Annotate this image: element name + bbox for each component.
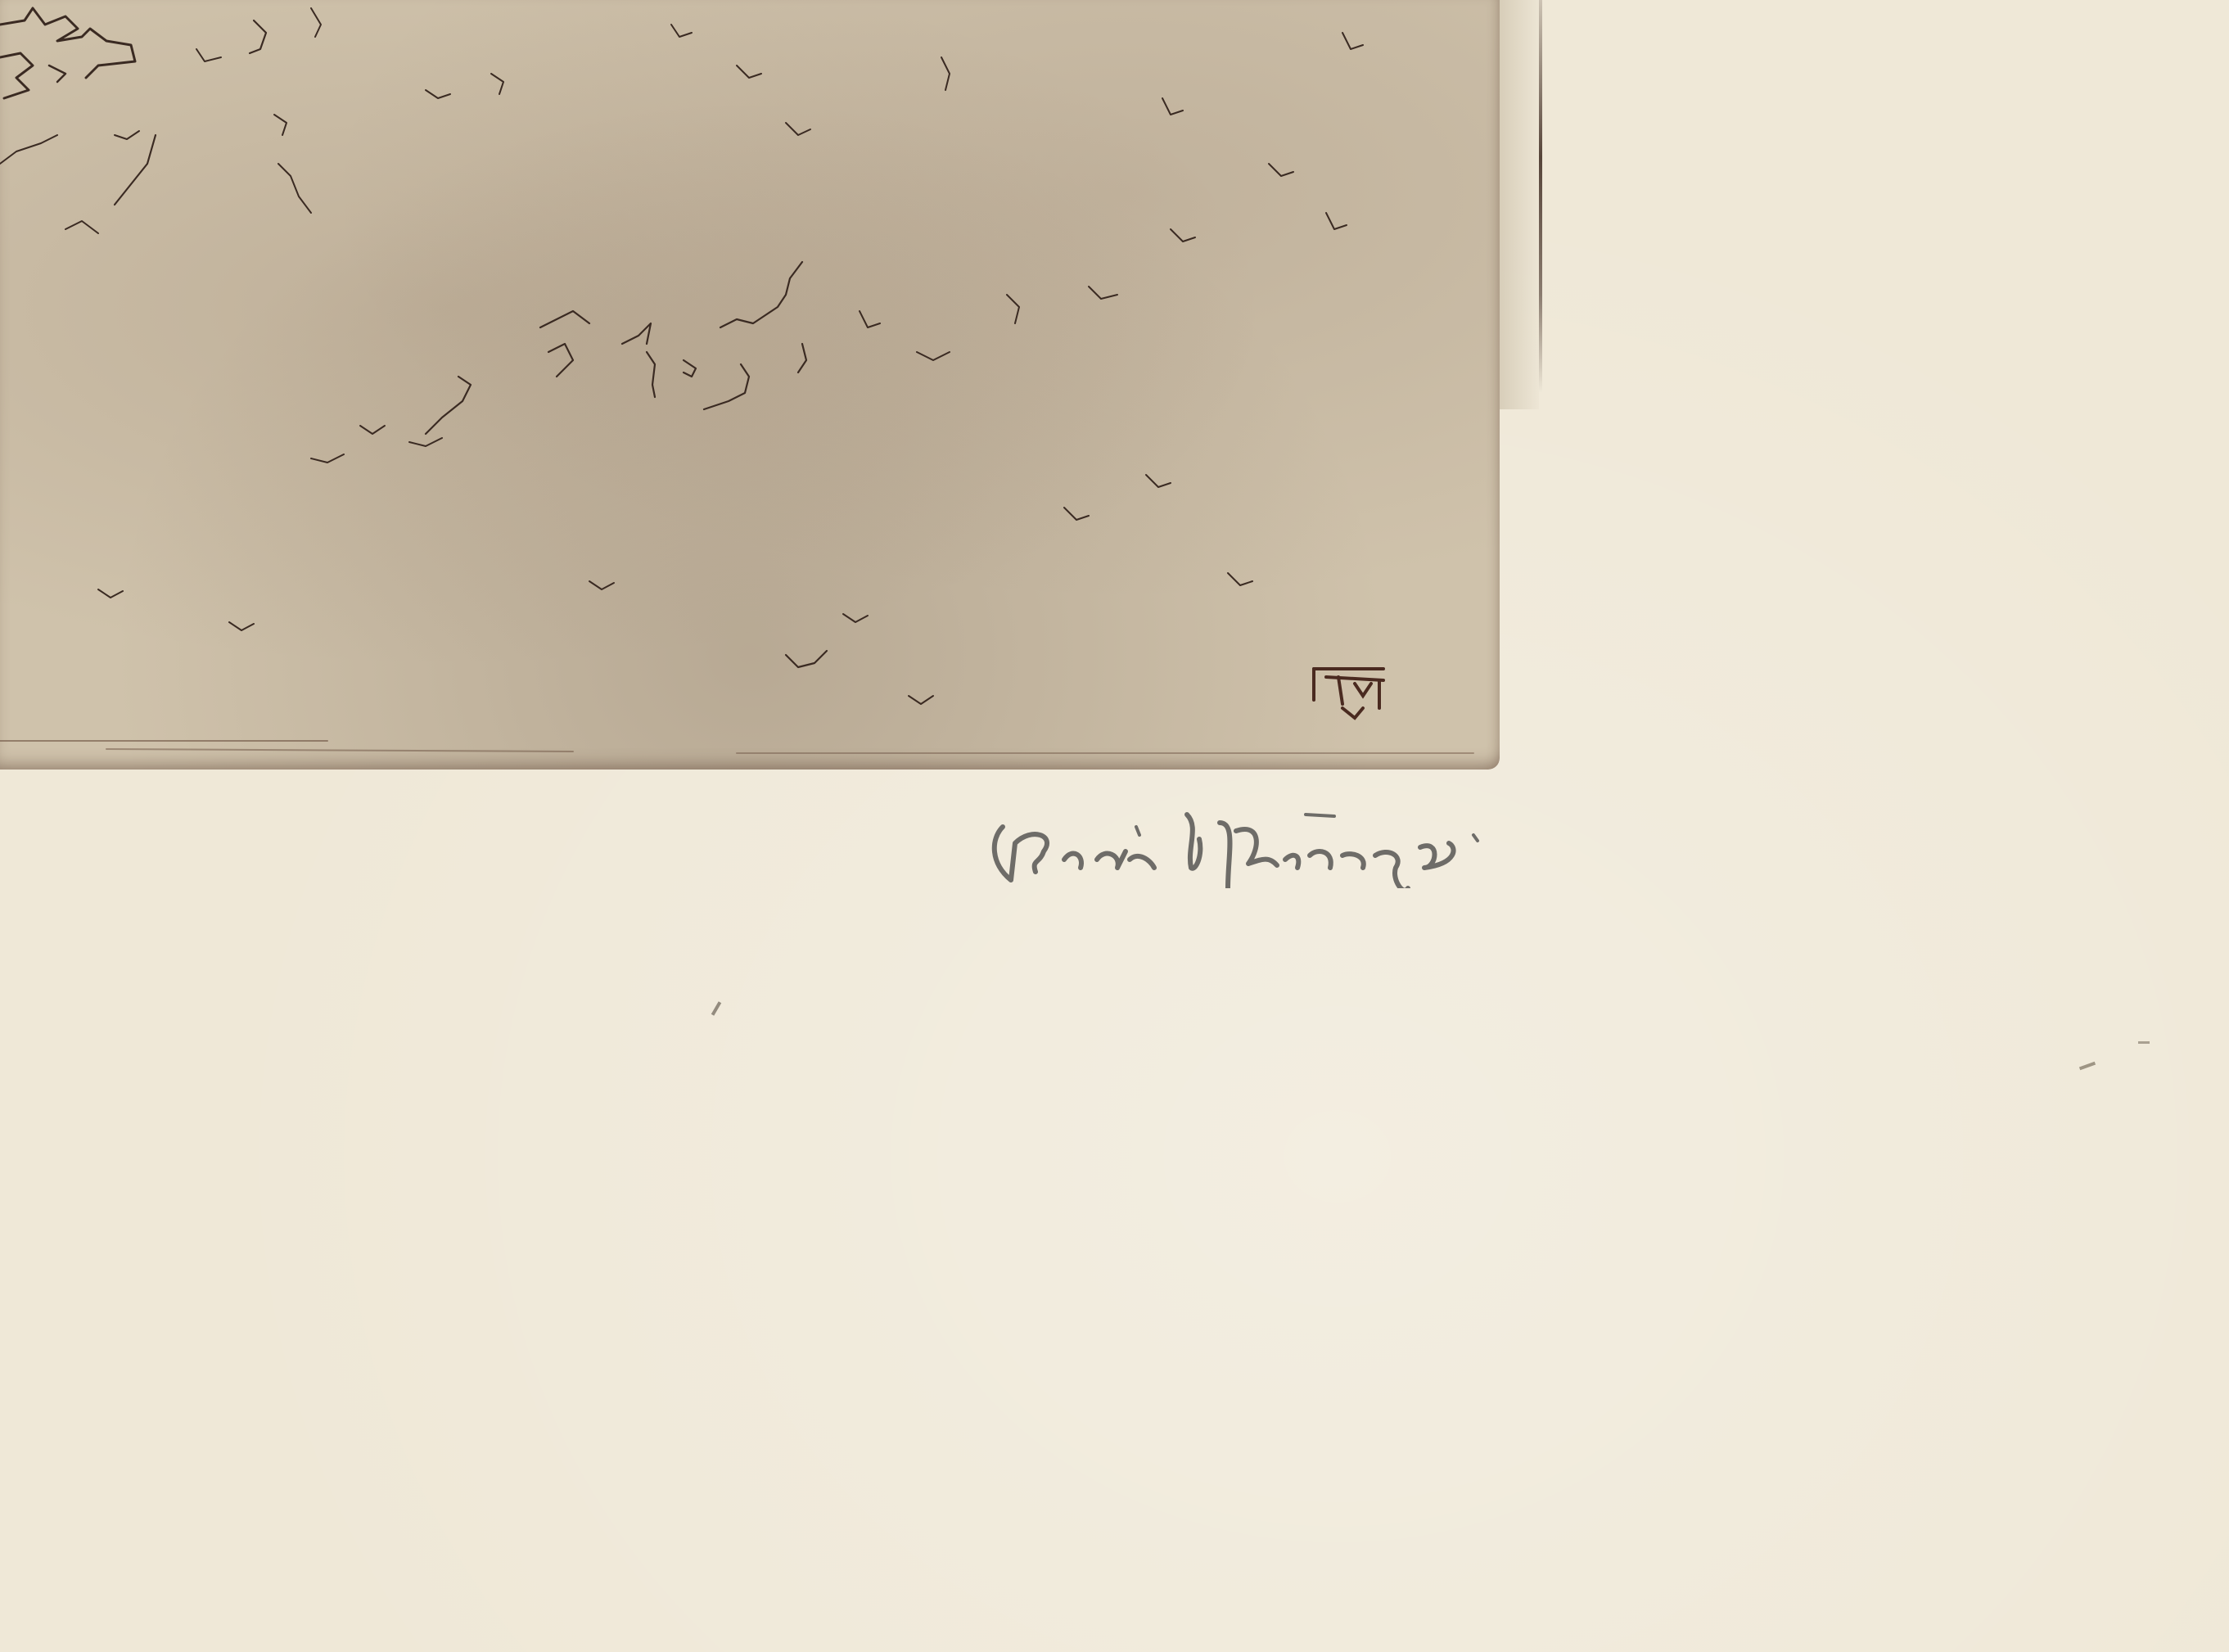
paper-speck xyxy=(2138,1041,2150,1044)
etched-lines xyxy=(0,0,1500,770)
plate-margin xyxy=(1500,0,1539,409)
artist-monogram xyxy=(1310,659,1392,724)
paper-speck xyxy=(2079,1062,2096,1071)
paper-sheet: Richard Ruming xyxy=(0,0,2229,1652)
paper-speck xyxy=(711,1001,721,1016)
pencil-signature xyxy=(966,790,1539,888)
plate-mark-line xyxy=(1539,0,1542,393)
printed-plate-area xyxy=(0,0,1500,770)
